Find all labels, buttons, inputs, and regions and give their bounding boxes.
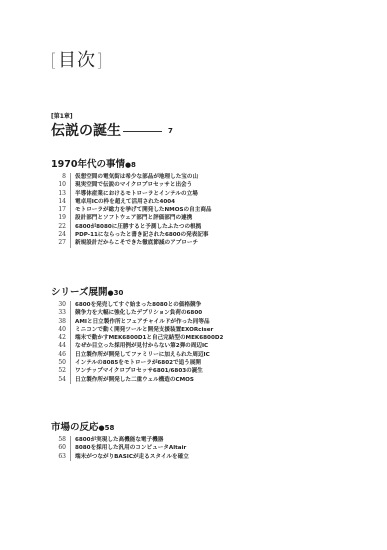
toc-entry[interactable]: 608080を採用した汎用のコンピュータAltair (51, 444, 189, 452)
toc-heading: [目次] (50, 50, 104, 72)
toc-entry[interactable]: 40ミニコンで動く開発ツールと開発支援装置EXORciser (51, 326, 223, 334)
toc-entry[interactable]: 33競争力を大幅に強化したデプリション負荷の6800 (51, 309, 223, 317)
toc-entry[interactable]: 50インテルの8085をモトローラが6802で追う展開 (51, 359, 223, 367)
bracket-open: [ (50, 50, 58, 71)
section-market: 市場の反応●58 586800が実現した高機能な電子機器 608080を採用した… (51, 422, 189, 461)
section-page: ●8 (125, 161, 136, 169)
toc-entry[interactable]: 13半導体産業におけるモトローラとインテルの立場 (51, 190, 212, 198)
bracket-close: ] (96, 50, 104, 71)
toc-entry[interactable]: 27新規設計だからこそできた徹底節減のアプローチ (51, 239, 212, 247)
section-series: シリーズ展開●30 306800を発売してすぐ始まった8080との価格競争 33… (51, 287, 223, 384)
leader-rule (123, 131, 162, 132)
section-page: ●30 (108, 289, 124, 297)
chapter-title: 伝説の誕生 (51, 123, 121, 139)
toc-entry[interactable]: 52ワンチップマイクロプロセッサ6801/6803の誕生 (51, 367, 223, 375)
toc-entry[interactable]: 586800が実現した高機能な電子機器 (51, 436, 189, 444)
toc-entry[interactable]: 24PDP-11にならったと書き記された6800の発表記事 (51, 231, 212, 239)
toc-entry[interactable]: 42端末で動かすMEK6800D1と自己完結型のMEK6800D2 (51, 334, 223, 342)
section-title: シリーズ展開●30 (51, 287, 223, 299)
toc-entry[interactable]: 10現実空間で伝説のマイクロプロセッサと出会う (51, 181, 212, 189)
chapter-heading: 伝説の誕生 7 (51, 123, 173, 139)
toc-entry[interactable]: 19設計部門とソフトウェア部門と評価部門の連携 (51, 214, 212, 222)
toc-entry[interactable]: 306800を発売してすぐ始まった8080との価格競争 (51, 301, 223, 309)
toc-entry[interactable]: 46日立製作所が開発してファミリーに加えられた周辺IC (51, 351, 223, 359)
section-title: 市場の反応●58 (51, 422, 189, 434)
entry-list: 8仮想空間の電気街は希少な部品が地理した宝の山 10現実空間で伝説のマイクロプロ… (51, 173, 212, 248)
chapter-page: 7 (168, 123, 173, 139)
toc-entry[interactable]: 38AMIと日立製作所とフェアチャイルドが作った同等品 (51, 318, 223, 326)
section-1970s: 1970年代の事情●8 8仮想空間の電気街は希少な部品が地理した宝の山 10現実… (51, 159, 212, 248)
entry-list: 586800が実現した高機能な電子機器 608080を採用した汎用のコンピュータ… (51, 436, 189, 461)
toc-entry[interactable]: 8仮想空間の電気街は希少な部品が地理した宝の山 (51, 173, 212, 181)
toc-entry[interactable]: 17モトローラが総力を挙げて開発したNMOSの自主商品 (51, 206, 212, 214)
entry-list: 306800を発売してすぐ始まった8080との価格競争 33競争力を大幅に強化し… (51, 301, 223, 384)
toc-entry[interactable]: 44なぜか目立った採用例が見付からない第2弾の周辺IC (51, 342, 223, 350)
toc-entry[interactable]: 54日立製作所が開発した二重ウェル構造のCMOS (51, 376, 223, 384)
section-title: 1970年代の事情●8 (51, 159, 212, 171)
toc-title-text: 目次 (58, 50, 96, 71)
toc-entry[interactable]: 63端末がつながりBASICが走るスタイルを確立 (51, 453, 189, 461)
section-page: ●58 (99, 424, 115, 432)
chapter-label: [第1章] (51, 113, 73, 121)
toc-entry[interactable]: 226800が8080に圧勝すると予測したふたつの根拠 (51, 223, 212, 231)
toc-entry[interactable]: 14電卓用ICの枠を超えて活用された4004 (51, 198, 212, 206)
